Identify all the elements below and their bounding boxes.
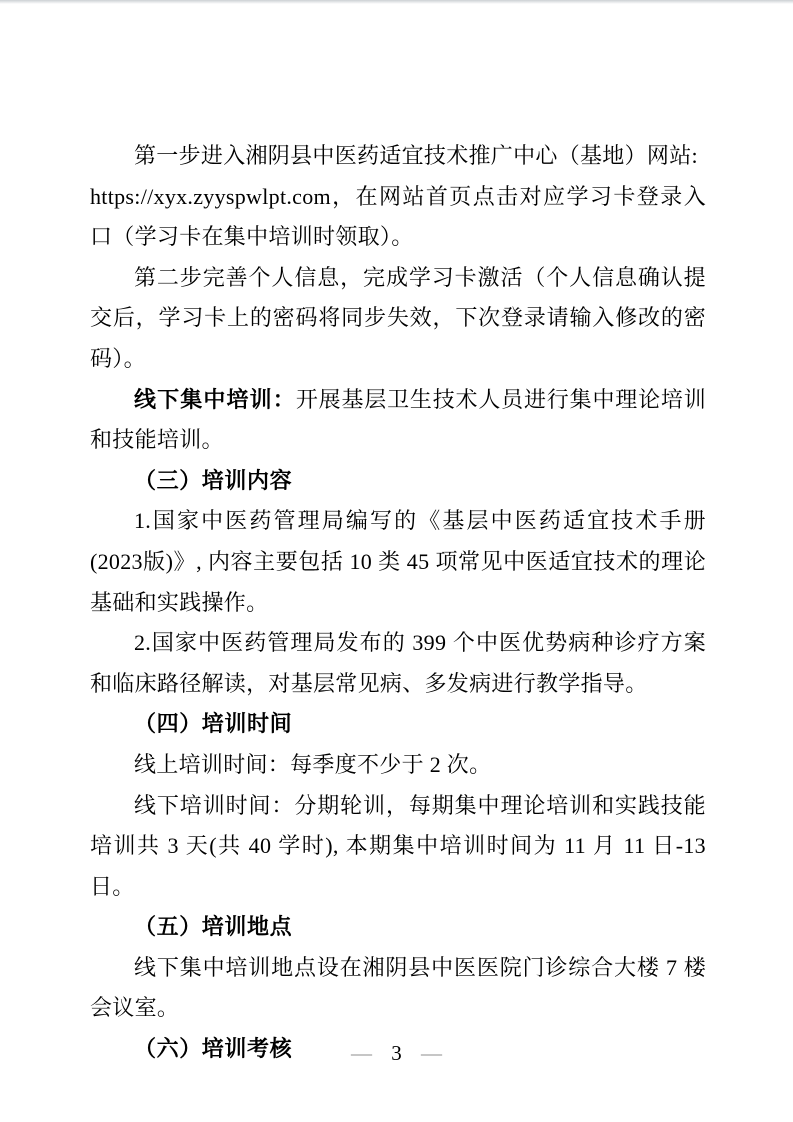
section-heading: （三）培训内容: [90, 461, 706, 502]
text-run: 线下培训时间：分期轮训，每期集中理论培训和实践技能培训共 3 天(共 40 学时…: [90, 793, 712, 899]
text-run: 第一步进入湘阴县中医药适宜技术推广中心（基地）网站: https://xyx.z…: [90, 143, 706, 249]
document-body: 第一步进入湘阴县中医药适宜技术推广中心（基地）网站: https://xyx.z…: [90, 136, 706, 1070]
bold-text-run: （五）培训地点: [134, 914, 292, 939]
paragraph: 第一步进入湘阴县中医药适宜技术推广中心（基地）网站: https://xyx.z…: [90, 136, 706, 258]
paragraph: 线下集中培训：开展基层卫生技术人员进行集中理论培训和技能培训。: [90, 380, 706, 461]
footer-dash-right: —: [421, 1041, 442, 1065]
footer-dash-left: —: [351, 1041, 372, 1065]
page-top-edge-shade: [0, 0, 793, 4]
text-run: 1.国家中医药管理局编写的《基层中医药适宜技术手册(2023版)》, 内容主要包…: [90, 508, 706, 614]
paragraph: 2.国家中医药管理局发布的 399 个中医优势病种诊疗方案和临床路径解读，对基层…: [90, 623, 706, 704]
document-page: { "page": { "background": "#ffffff", "te…: [0, 0, 793, 1122]
text-run: 2.国家中医药管理局发布的 399 个中医优势病种诊疗方案和临床路径解读，对基层…: [90, 630, 706, 696]
paragraph: 第二步完善个人信息，完成学习卡激活（个人信息确认提交后，学习卡上的密码将同步失效…: [90, 258, 706, 380]
paragraph: 线下培训时间：分期轮训，每期集中理论培训和实践技能培训共 3 天(共 40 学时…: [90, 786, 706, 908]
text-run: 第二步完善个人信息，完成学习卡激活（个人信息确认提交后，学习卡上的密码将同步失效…: [90, 265, 706, 371]
text-run: 线下集中培训地点设在湘阴县中医医院门诊综合大楼 7 楼会议室。: [90, 955, 706, 1021]
bold-text-run: （四）培训时间: [134, 711, 292, 736]
bold-text-run: （三）培训内容: [134, 468, 292, 493]
page-number: 3: [391, 1041, 402, 1065]
text-run: 线上培训时间：每季度不少于 2 次。: [134, 752, 491, 777]
section-heading: （五）培训地点: [90, 907, 706, 948]
section-heading: （四）培训时间: [90, 704, 706, 745]
bold-text-run: 线下集中培训：: [134, 387, 296, 412]
paragraph: 线上培训时间：每季度不少于 2 次。: [90, 745, 706, 786]
paragraph: 1.国家中医药管理局编写的《基层中医药适宜技术手册(2023版)》, 内容主要包…: [90, 501, 706, 623]
paragraph: 线下集中培训地点设在湘阴县中医医院门诊综合大楼 7 楼会议室。: [90, 948, 706, 1029]
page-footer: — 3 —: [0, 1040, 793, 1066]
